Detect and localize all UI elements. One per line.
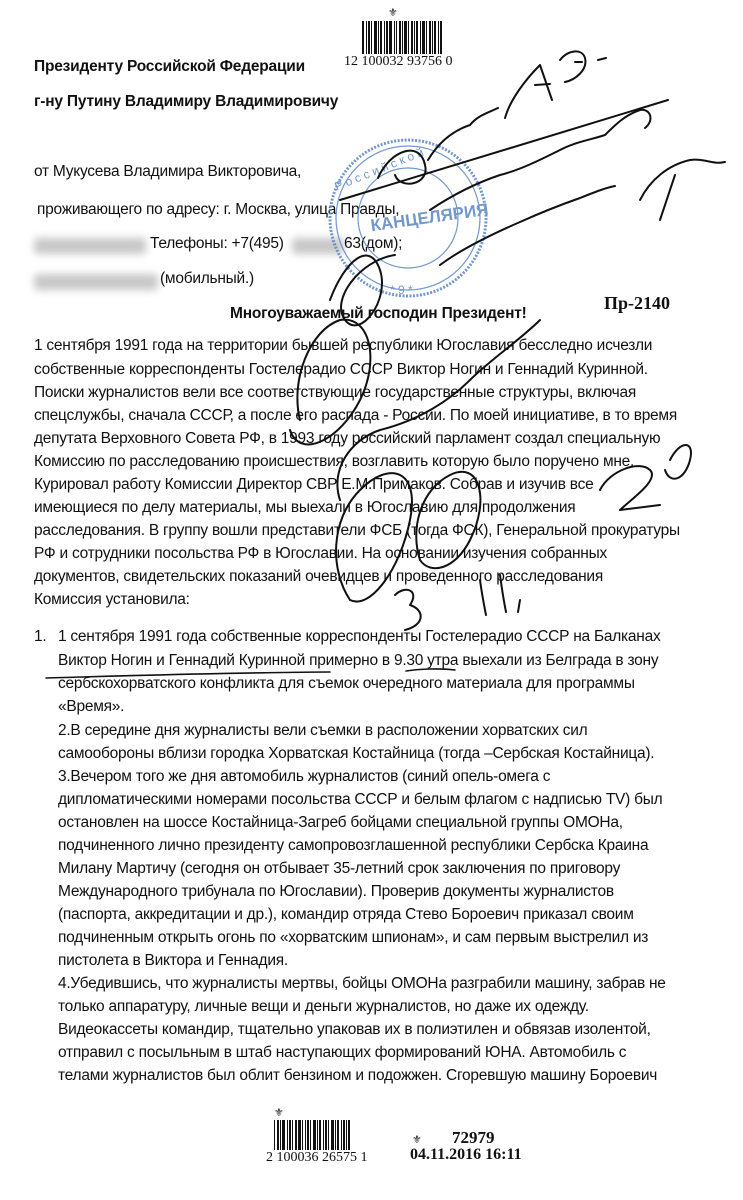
text-line: Милану Мартичу (сегодня он отбывает 35-л… xyxy=(58,860,662,883)
bottom-barcode-number: 2 100036 26575 1 xyxy=(266,1150,368,1166)
text-line: Комиссия установила: xyxy=(34,591,680,614)
text-line: спецслужбы, сначала СССР, а после его ра… xyxy=(34,407,680,430)
redacted-phone xyxy=(292,238,344,254)
svg-text:* 9 *: * 9 * xyxy=(390,283,413,297)
phone-suffix: 63(дом); xyxy=(344,235,402,253)
text-line: самообороны вблизи городка Хорватская Ко… xyxy=(58,745,654,768)
barcode-bars xyxy=(362,21,458,54)
addressee-line-1: Президенту Российской Федерации xyxy=(34,58,305,76)
text-line: собственные корреспонденты Гостелерадио … xyxy=(34,361,680,384)
text-line: Курировал работу Комиссии Директор СВР Е… xyxy=(34,476,680,499)
text-line: имеющиеся по делу материалы, мы выехали … xyxy=(34,499,680,522)
text-line: документов, свидетельских показаний очев… xyxy=(34,568,680,591)
text-line: пистолета в Виктора и Геннадия. xyxy=(58,952,662,975)
phone-prefix: Телефоны: +7(495) xyxy=(150,235,284,253)
barcode-bars xyxy=(274,1120,370,1150)
svg-text:Р о с с и й с к о й: Р о с с и й с к о й xyxy=(332,145,425,193)
redacted-mobile xyxy=(34,274,158,290)
text-line: РФ и сотрудники посольства РФ в Югослави… xyxy=(34,545,680,568)
list-item-3: 3.Вечером того же дня автомобиль журнали… xyxy=(58,768,662,975)
text-line: Видеокассеты командир, тщательно упакова… xyxy=(58,1021,666,1044)
list-item-1: 1 сентября 1991 года собственные корресп… xyxy=(58,628,660,721)
text-line: расследования. В группу вошли представит… xyxy=(34,522,680,545)
text-line: Поиски журналистов вели все соответствую… xyxy=(34,384,680,407)
text-line: отправил с посыльным в штаб наступающих … xyxy=(58,1044,666,1067)
mobile-suffix: (мобильный.) xyxy=(160,270,254,288)
list-marker-1: 1. xyxy=(34,628,46,646)
intro-paragraph: 1 сентября 1991 года на территории бывше… xyxy=(34,337,680,614)
stamp-number: 72979 xyxy=(452,1128,495,1148)
text-line: депутата Верховного Совета РФ, в 1993 го… xyxy=(34,430,680,453)
text-line: 1 сентября 1991 года на территории бывше… xyxy=(34,337,680,361)
text-line: Комиссию по расследованию происшествия, … xyxy=(34,453,680,476)
eagle-emblem-icon: ⚜ xyxy=(412,1133,422,1146)
text-line: Виктор Ногин и Геннадий Куринной примерн… xyxy=(58,652,660,675)
text-line: дипломатическими номерами посольства ССС… xyxy=(58,791,662,814)
text-line: Международного трибунала по Югославии). … xyxy=(58,883,662,906)
text-line: «Время». xyxy=(58,698,660,721)
text-line: остановлен на шоссе Костайница-Загреб бо… xyxy=(58,814,662,837)
eagle-emblem-icon: ⚜ xyxy=(388,6,398,19)
text-line: сербскохорватского конфликта для съемок … xyxy=(58,675,660,698)
text-line: подчиненным открыть огонь по «хорватским… xyxy=(58,929,662,952)
text-line: подчиненного лично президенту самопровоз… xyxy=(58,837,662,860)
registration-number: Пр-2140 xyxy=(604,293,670,314)
address-line: проживающего по адресу: г. Москва, улица… xyxy=(37,201,399,219)
text-line: 4.Убедившись, что журналисты мертвы, бой… xyxy=(58,975,666,998)
text-line: только аппаратуру, личные вещи и деньги … xyxy=(58,998,666,1021)
addressee-line-2: г-ну Путину Владимиру Владимировичу xyxy=(34,93,338,111)
text-line: 1 сентября 1991 года собственные корресп… xyxy=(58,628,660,652)
stamp-datetime: 04.11.2016 16:11 xyxy=(410,1146,522,1164)
top-barcode-number: 12 100032 93756 0 xyxy=(344,54,453,70)
list-item-2: 2.В середине дня журналисты вели съемки … xyxy=(58,722,654,768)
list-item-4: 4.Убедившись, что журналисты мертвы, бой… xyxy=(58,975,666,1090)
eagle-emblem-icon: ⚜ xyxy=(274,1106,284,1119)
text-line: телами журналистов был облит бензином и … xyxy=(58,1067,666,1090)
salutation: Многоуважаемый господин Президент! xyxy=(230,305,527,323)
text-line: 3.Вечером того же дня автомобиль журнали… xyxy=(58,768,662,791)
text-line: (паспорта, аккредитации и др.), командир… xyxy=(58,906,662,929)
sender-line: от Мукусева Владимира Викторовича, xyxy=(34,163,301,181)
redacted-block xyxy=(34,238,146,254)
text-line: 2.В середине дня журналисты вели съемки … xyxy=(58,722,654,745)
